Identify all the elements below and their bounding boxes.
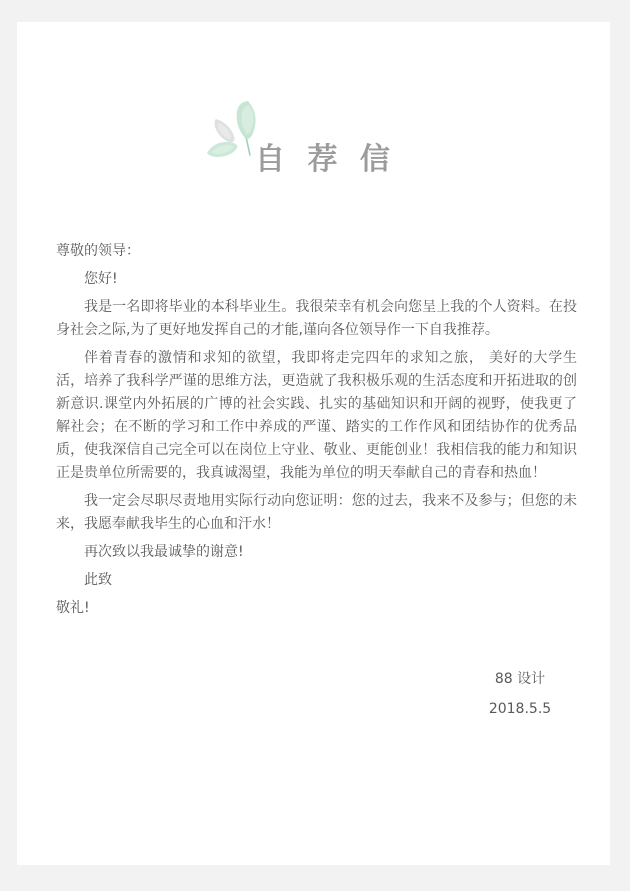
- salutation-line: 尊敬的领导：: [56, 240, 577, 263]
- closing-line: 此致: [56, 569, 577, 592]
- screenshot-canvas: { "page": { "background_color": "#f2f2f3…: [0, 0, 630, 891]
- thanks-line: 再次致以我最诚挚的谢意!: [56, 541, 577, 564]
- greeting-line: 您好!: [56, 268, 577, 291]
- signature-date: 2018.5.5: [465, 694, 575, 724]
- page-title: 自 荐 信: [255, 134, 396, 178]
- body-paragraph: 我是一名即将毕业的本科毕业生。我很荣幸有机会向您呈上我的个人资料。在投身社会之际…: [56, 296, 577, 342]
- signature-name: 88 设计: [465, 664, 575, 694]
- leaf-decoration-icon: [203, 98, 263, 163]
- title-row: 自 荐 信: [17, 22, 610, 160]
- body-paragraph: 伴着青春的激情和求知的欲望，我即将走完四年的求知之旅， 美好的大学生活，培养了我…: [56, 347, 577, 485]
- letter-body: 尊敬的领导： 您好! 我是一名即将毕业的本科毕业生。我很荣幸有机会向您呈上我的个…: [17, 160, 610, 620]
- signature-block: 88 设计 2018.5.5: [465, 664, 575, 724]
- document-page: 自 荐 信 尊敬的领导： 您好! 我是一名即将毕业的本科毕业生。我很荣幸有机会向…: [17, 22, 610, 865]
- salute-line: 敬礼!: [56, 597, 577, 620]
- body-paragraph: 我一定会尽职尽责地用实际行动向您证明：您的过去，我来不及参与；但您的未来，我愿奉…: [56, 490, 577, 536]
